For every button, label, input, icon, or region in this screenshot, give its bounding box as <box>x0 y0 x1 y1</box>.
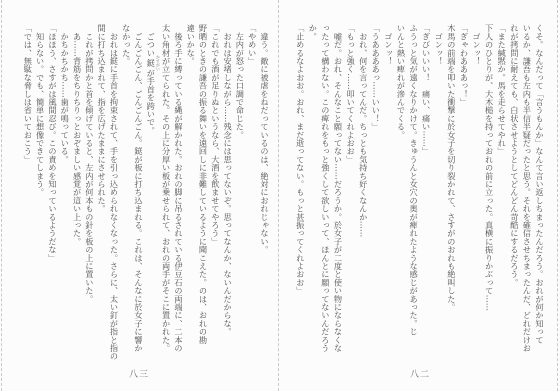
text-column: 違いかな。 <box>185 24 197 366</box>
text-column: 野晒のときの謙吾の振る舞いを遠回しに非難しているように聞こえた。のは、おれの勘 <box>197 24 209 366</box>
text-column: 後ろ手に縛っている縄が解かれた。おれの脚に吊るされている伊豆石の両端に、二本の <box>173 24 185 366</box>
page-82-number: 八二 <box>394 367 446 380</box>
text-column: か。 <box>307 24 320 366</box>
text-column: おれは安堵しながら……残念には思ってないぞ。思ってなんか、ないんだからな。 <box>222 24 234 366</box>
text-column: ごつい鎹かすがいが手首を跨いで。 <box>145 24 160 366</box>
text-column: ゴンッ！ <box>382 24 395 366</box>
text-column: 左内が怒った口調で命じた。 <box>234 24 246 366</box>
text-column: 間に打ち込まれて、指を広げたままにさせられた。 <box>96 24 108 366</box>
text-column: かちかちかち……歯が鳴っている。 <box>59 24 71 366</box>
text-column: 「ほほう、さすがは風間忍び。この責めを知っているようだな」 <box>47 24 59 366</box>
text-column: おれは鎹に手首を拘束されて、手を引っ込められなくなった。さらに、太い釘が指と指の <box>108 24 120 366</box>
text-column: ゴンッ！ <box>470 24 483 366</box>
text-column: ゴンッ！ <box>433 24 446 366</box>
text-column: おれ、何を言ってんだ。ちっとも気持ち好くなんか…… <box>357 24 370 366</box>
text-column: 「止めるなよおお。おれ、まだ逝ってない。もっと甚振ってくれよおお」 <box>294 24 307 366</box>
text-column: ふうっと気が遠くなりかけて。きゅうんと女穴の奥が痺れたような感じがあった。じ <box>407 24 420 366</box>
book-spread: くそ。なんだって「言うもんか」なんて言い返しちまったんだろう。おれが何か知ってい… <box>0 0 560 391</box>
text-column: 下人のひとりが、大木槌を持っておれの前に立った。真横に振りかぶって…… <box>483 24 496 366</box>
text-column: 「ぎびいいい！ 痛い、痛い……」 <box>420 24 433 366</box>
text-column: 太い角材が立てられた。その上に分厚い板が乗せられて、おれの両手がそこに置かれた。 <box>160 24 172 366</box>
text-column: 「うああああっ……いい！」 <box>370 24 383 366</box>
page-82: くそ。なんだって「言うもんか」なんて言い返しちまったんだろう。おれが何か知ってい… <box>280 0 560 391</box>
text-column: 「ぎゃわあああっ！」 <box>458 24 471 366</box>
text-column: ごんごんごん、ごんごんごん。鎹が板に打ち込まれる。これは、そんなに於女子に響か <box>133 24 145 366</box>
page-83-number: 八三 <box>113 367 165 380</box>
ruby-annotated-word: 鎹かすがい <box>146 57 156 69</box>
text-column: いんと熱い痺れが滲んでくる。 <box>395 24 408 366</box>
text-column: 「これでも酒が足りぬというなら、大酒を飲ませてやろう」 <box>210 24 222 366</box>
text-column: れが拷問に耐えても、白状させようとしてどんどん苛酷にするだろう。 <box>508 24 521 366</box>
text-column: 知らない。でも、簡単に想像できてしまう。 <box>34 24 46 366</box>
text-column: これが拷問かと首を傾げていると、左内が何本もの針を板の上に置いた。 <box>84 24 96 366</box>
text-column: 「もっと強く……叩いてくれよおお」 <box>345 24 358 366</box>
text-column: いるか、謙吾も左内も半信半疑だったと思う。それを確信させちまったんだ、どれだけお <box>521 24 534 366</box>
page-gutter-mark <box>278 0 279 391</box>
text-column: あ……背筋をちりちりっとおぞましい感覚が這い上った。 <box>71 24 83 366</box>
text-column: ったって構わない。この痺れをもっと強くして欲しいって、ほんとに願ってないんだろう <box>319 24 332 366</box>
text-column: 木馬の前端を叩いた衝撃に於女子を切り裂かれて、さすがのおれも絶叫した。 <box>445 24 458 366</box>
text-column: 「では、無駄な脅しは省いておこう」 <box>22 24 34 366</box>
page-83-text: 違う。敵に被虐をねだっているのは、絶対におれじゃない。「やめい」 左内が怒った口… <box>25 24 271 366</box>
text-column: なかった。 <box>120 24 132 366</box>
page-82-text: くそ。なんだって「言うもんか」なんて言い返しちまったんだろう。おれが何か知ってい… <box>294 24 546 366</box>
text-column: くそ。なんだって「言うもんか」なんて言い返しちまったんだろう。おれが何か知って <box>533 24 546 366</box>
page-83: 違う。敵に被虐をねだっているのは、絶対におれじゃない。「やめい」 左内が怒った口… <box>0 0 278 391</box>
text-column: 「やめい」 <box>246 24 258 366</box>
text-column: 違う。敵に被虐をねだっているのは、絶対におれじゃない。 <box>259 24 271 366</box>
text-column: 嘘だ。おれ、そんなこと願ってない……だろうか。於女子が二度と使い物にならなくな <box>332 24 345 366</box>
text-column: 「また緘黙か。馬を走らせてやれ」 <box>496 24 509 366</box>
